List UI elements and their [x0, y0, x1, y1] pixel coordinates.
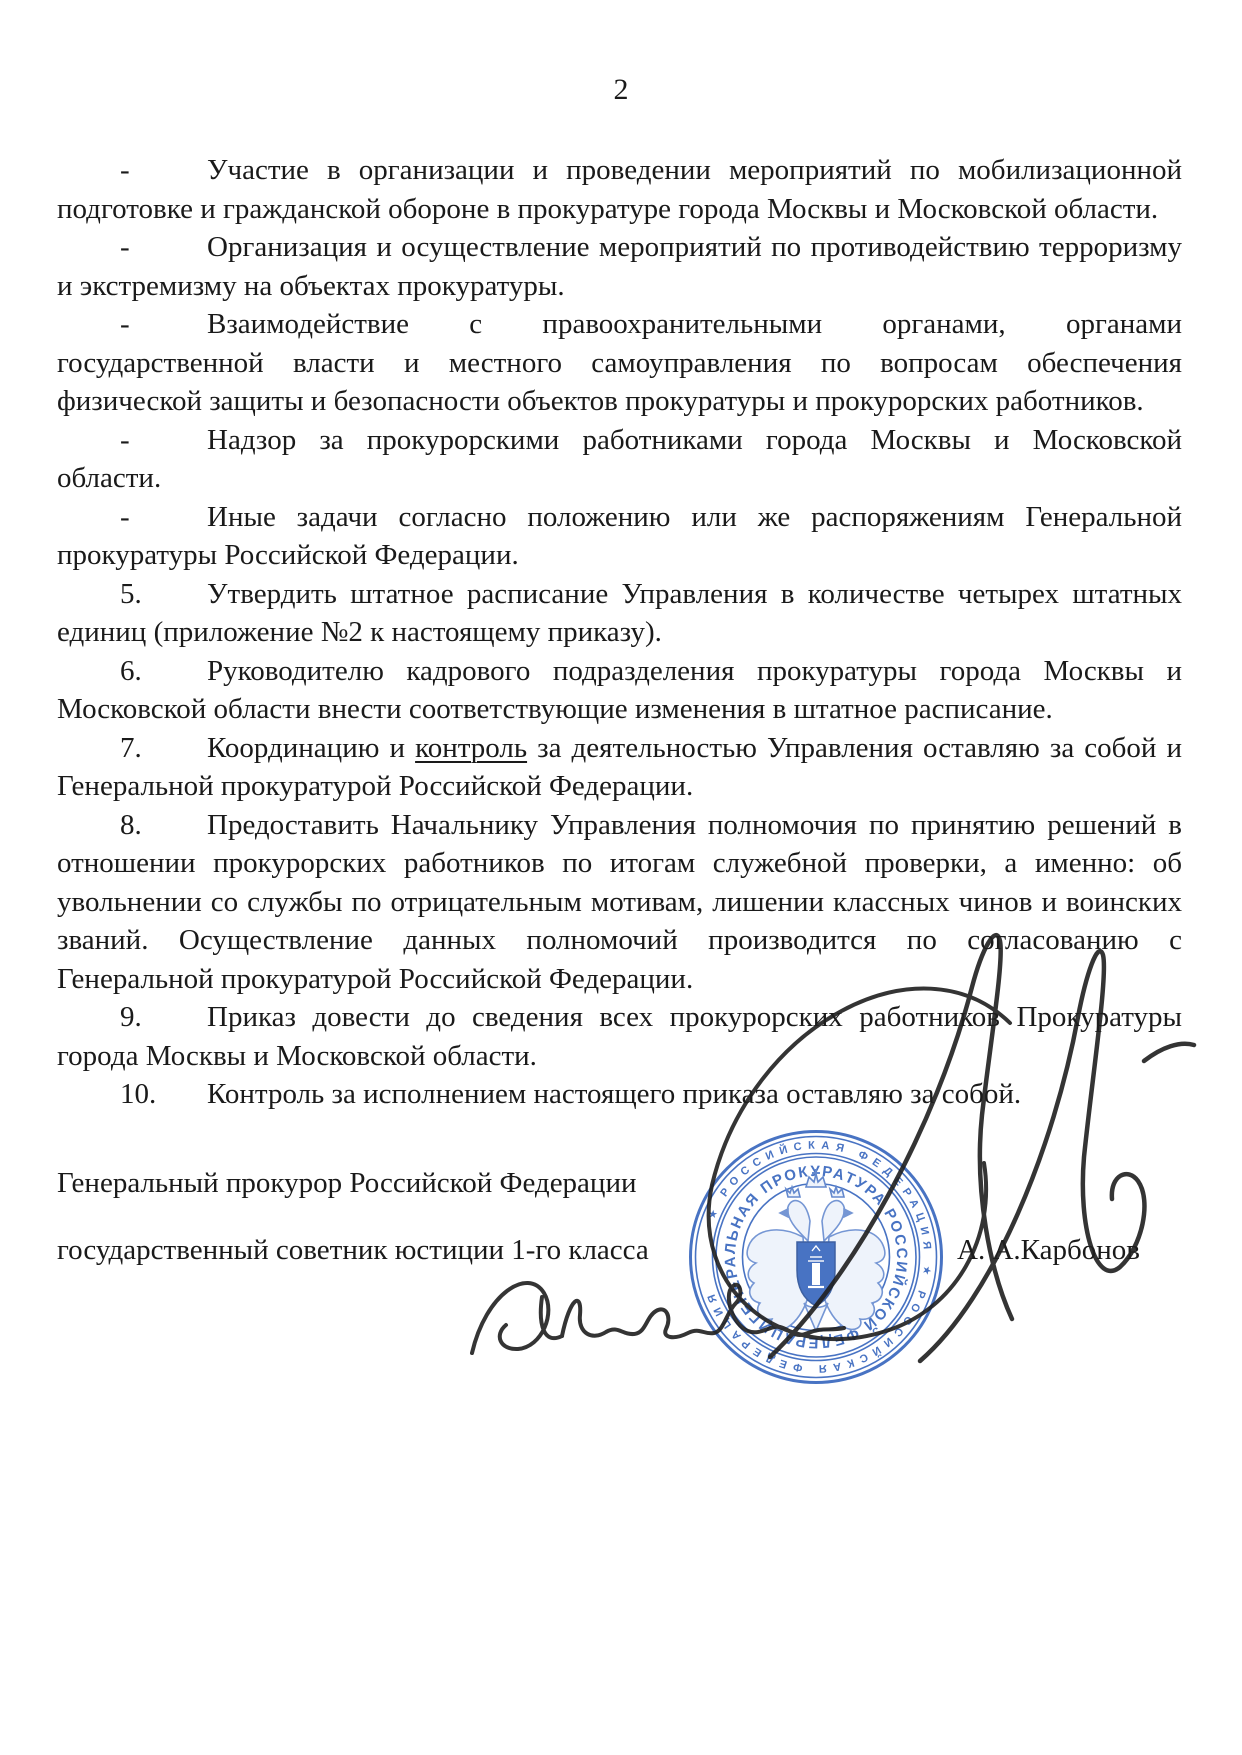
text-line: -Участие в организации и проведении меро…: [57, 151, 1182, 190]
text-line: отношении прокурорских работников по ито…: [57, 844, 1182, 883]
text-segment: единиц (приложение №2 к настоящему прика…: [57, 616, 662, 648]
list-marker: 7.: [120, 729, 207, 768]
text-line: и экстремизму на объектах прокуратуры.: [57, 267, 1182, 306]
text-line: 8.Предоставить Начальнику Управления пол…: [57, 806, 1182, 845]
text-line: -Взаимодействие с правоохранительными ор…: [57, 305, 1182, 344]
text-line: 7.Координацию и контроль за деятельность…: [57, 729, 1182, 768]
text-segment: Предоставить Начальнику Управления полно…: [207, 809, 1182, 841]
text-line: единиц (приложение №2 к настоящему прика…: [57, 613, 1182, 652]
text-segment: области.: [57, 462, 161, 494]
text-segment: города Москвы и Московской области.: [57, 1040, 537, 1072]
text-line: подготовке и гражданской обороне в проку…: [57, 190, 1182, 229]
text-line: -Организация и осуществление мероприятий…: [57, 228, 1182, 267]
official-seal-stamp: ★ РОССИЙСКАЯ ФЕДЕРАЦИЯ ★ РОССИЙСКАЯ ФЕДЕ…: [684, 1125, 948, 1389]
text-segment: Руководителю кадрового подразделения про…: [207, 655, 1182, 687]
list-marker: -: [120, 498, 207, 537]
text-line: области.: [57, 459, 1182, 498]
list-marker: 8.: [120, 806, 207, 845]
text-segment: Надзор за прокурорскими работниками горо…: [207, 424, 1182, 456]
text-segment: и экстремизму на объектах прокуратуры.: [57, 270, 565, 302]
list-marker: 9.: [120, 998, 207, 1037]
text-segment: отношении прокурорских работников по ито…: [57, 847, 1182, 879]
text-line: -Иные задачи согласно положению или же р…: [57, 498, 1182, 537]
text-segment: увольнении со службы по отрицательным мо…: [57, 886, 1182, 918]
list-marker: 6.: [120, 652, 207, 691]
text-segment: Генеральной прокуратурой Российской Феде…: [57, 963, 693, 995]
text-line: физической защиты и безопасности объекто…: [57, 382, 1182, 421]
text-segment: Московской области внести соответствующи…: [57, 693, 1053, 725]
text-segment: Участие в организации и проведении мероп…: [207, 154, 1182, 186]
text-line: увольнении со службы по отрицательным мо…: [57, 883, 1182, 922]
text-segment: Координацию и: [207, 732, 415, 764]
signatory-name: А. А.Карбонов: [957, 1231, 1140, 1270]
text-line: государственной власти и местного самоуп…: [57, 344, 1182, 383]
text-segment: Иные задачи согласно положению или же ра…: [207, 501, 1182, 533]
text-line: прокуратуры Российской Федерации.: [57, 536, 1182, 575]
signature-stroke: [472, 1283, 562, 1353]
text-line: 10.Контроль за исполнением настоящего пр…: [57, 1075, 1182, 1114]
document-body: -Участие в организации и проведении меро…: [57, 151, 1182, 1114]
list-marker: -: [120, 151, 207, 190]
signatory-post: Генеральный прокурор Российской Федераци…: [57, 1164, 637, 1203]
text-line: 9.Приказ довести до сведения всех прокур…: [57, 998, 1182, 1037]
text-segment: Организация и осуществление мероприятий …: [207, 231, 1182, 263]
signatory-rank: государственный советник юстиции 1-го кл…: [57, 1231, 649, 1270]
list-marker: -: [120, 421, 207, 460]
text-segment: подготовке и гражданской обороне в проку…: [57, 193, 1158, 225]
text-line: города Москвы и Московской области.: [57, 1037, 1182, 1076]
text-line: Генеральной прокуратурой Российской Феде…: [57, 767, 1182, 806]
text-line: 5.Утвердить штатное расписание Управлени…: [57, 575, 1182, 614]
text-segment: Контроль за исполнением настоящего прика…: [207, 1078, 1021, 1110]
text-segment: физической защиты и безопасности объекто…: [57, 385, 1144, 417]
text-line: -Надзор за прокурорскими работниками гор…: [57, 421, 1182, 460]
page-number: 2: [0, 71, 1242, 109]
text-segment: государственной власти и местного самоуп…: [57, 347, 1182, 379]
text-segment: Приказ довести до сведения всех прокурор…: [207, 1001, 1182, 1033]
underlined-text: контроль: [415, 732, 527, 764]
list-marker: -: [120, 228, 207, 267]
text-line: Московской области внести соответствующи…: [57, 690, 1182, 729]
text-line: Генеральной прокуратурой Российской Феде…: [57, 960, 1182, 999]
text-line: званий. Осуществление данных полномочий …: [57, 921, 1182, 960]
text-segment: Взаимодействие с правоохранительными орг…: [207, 308, 1182, 340]
text-segment: Генеральной прокуратурой Российской Феде…: [57, 770, 693, 802]
text-segment: званий. Осуществление данных полномочий …: [57, 924, 1182, 956]
document-page: 2 -Участие в организации и проведении ме…: [0, 0, 1242, 1755]
list-marker: 5.: [120, 575, 207, 614]
text-segment: за деятельностью Управления оставляю за …: [527, 732, 1182, 764]
text-line: 6.Руководителю кадрового подразделения п…: [57, 652, 1182, 691]
text-segment: Утвердить штатное расписание Управления …: [207, 578, 1182, 610]
text-segment: прокуратуры Российской Федерации.: [57, 539, 519, 571]
list-marker: 10.: [120, 1075, 207, 1114]
list-marker: -: [120, 305, 207, 344]
